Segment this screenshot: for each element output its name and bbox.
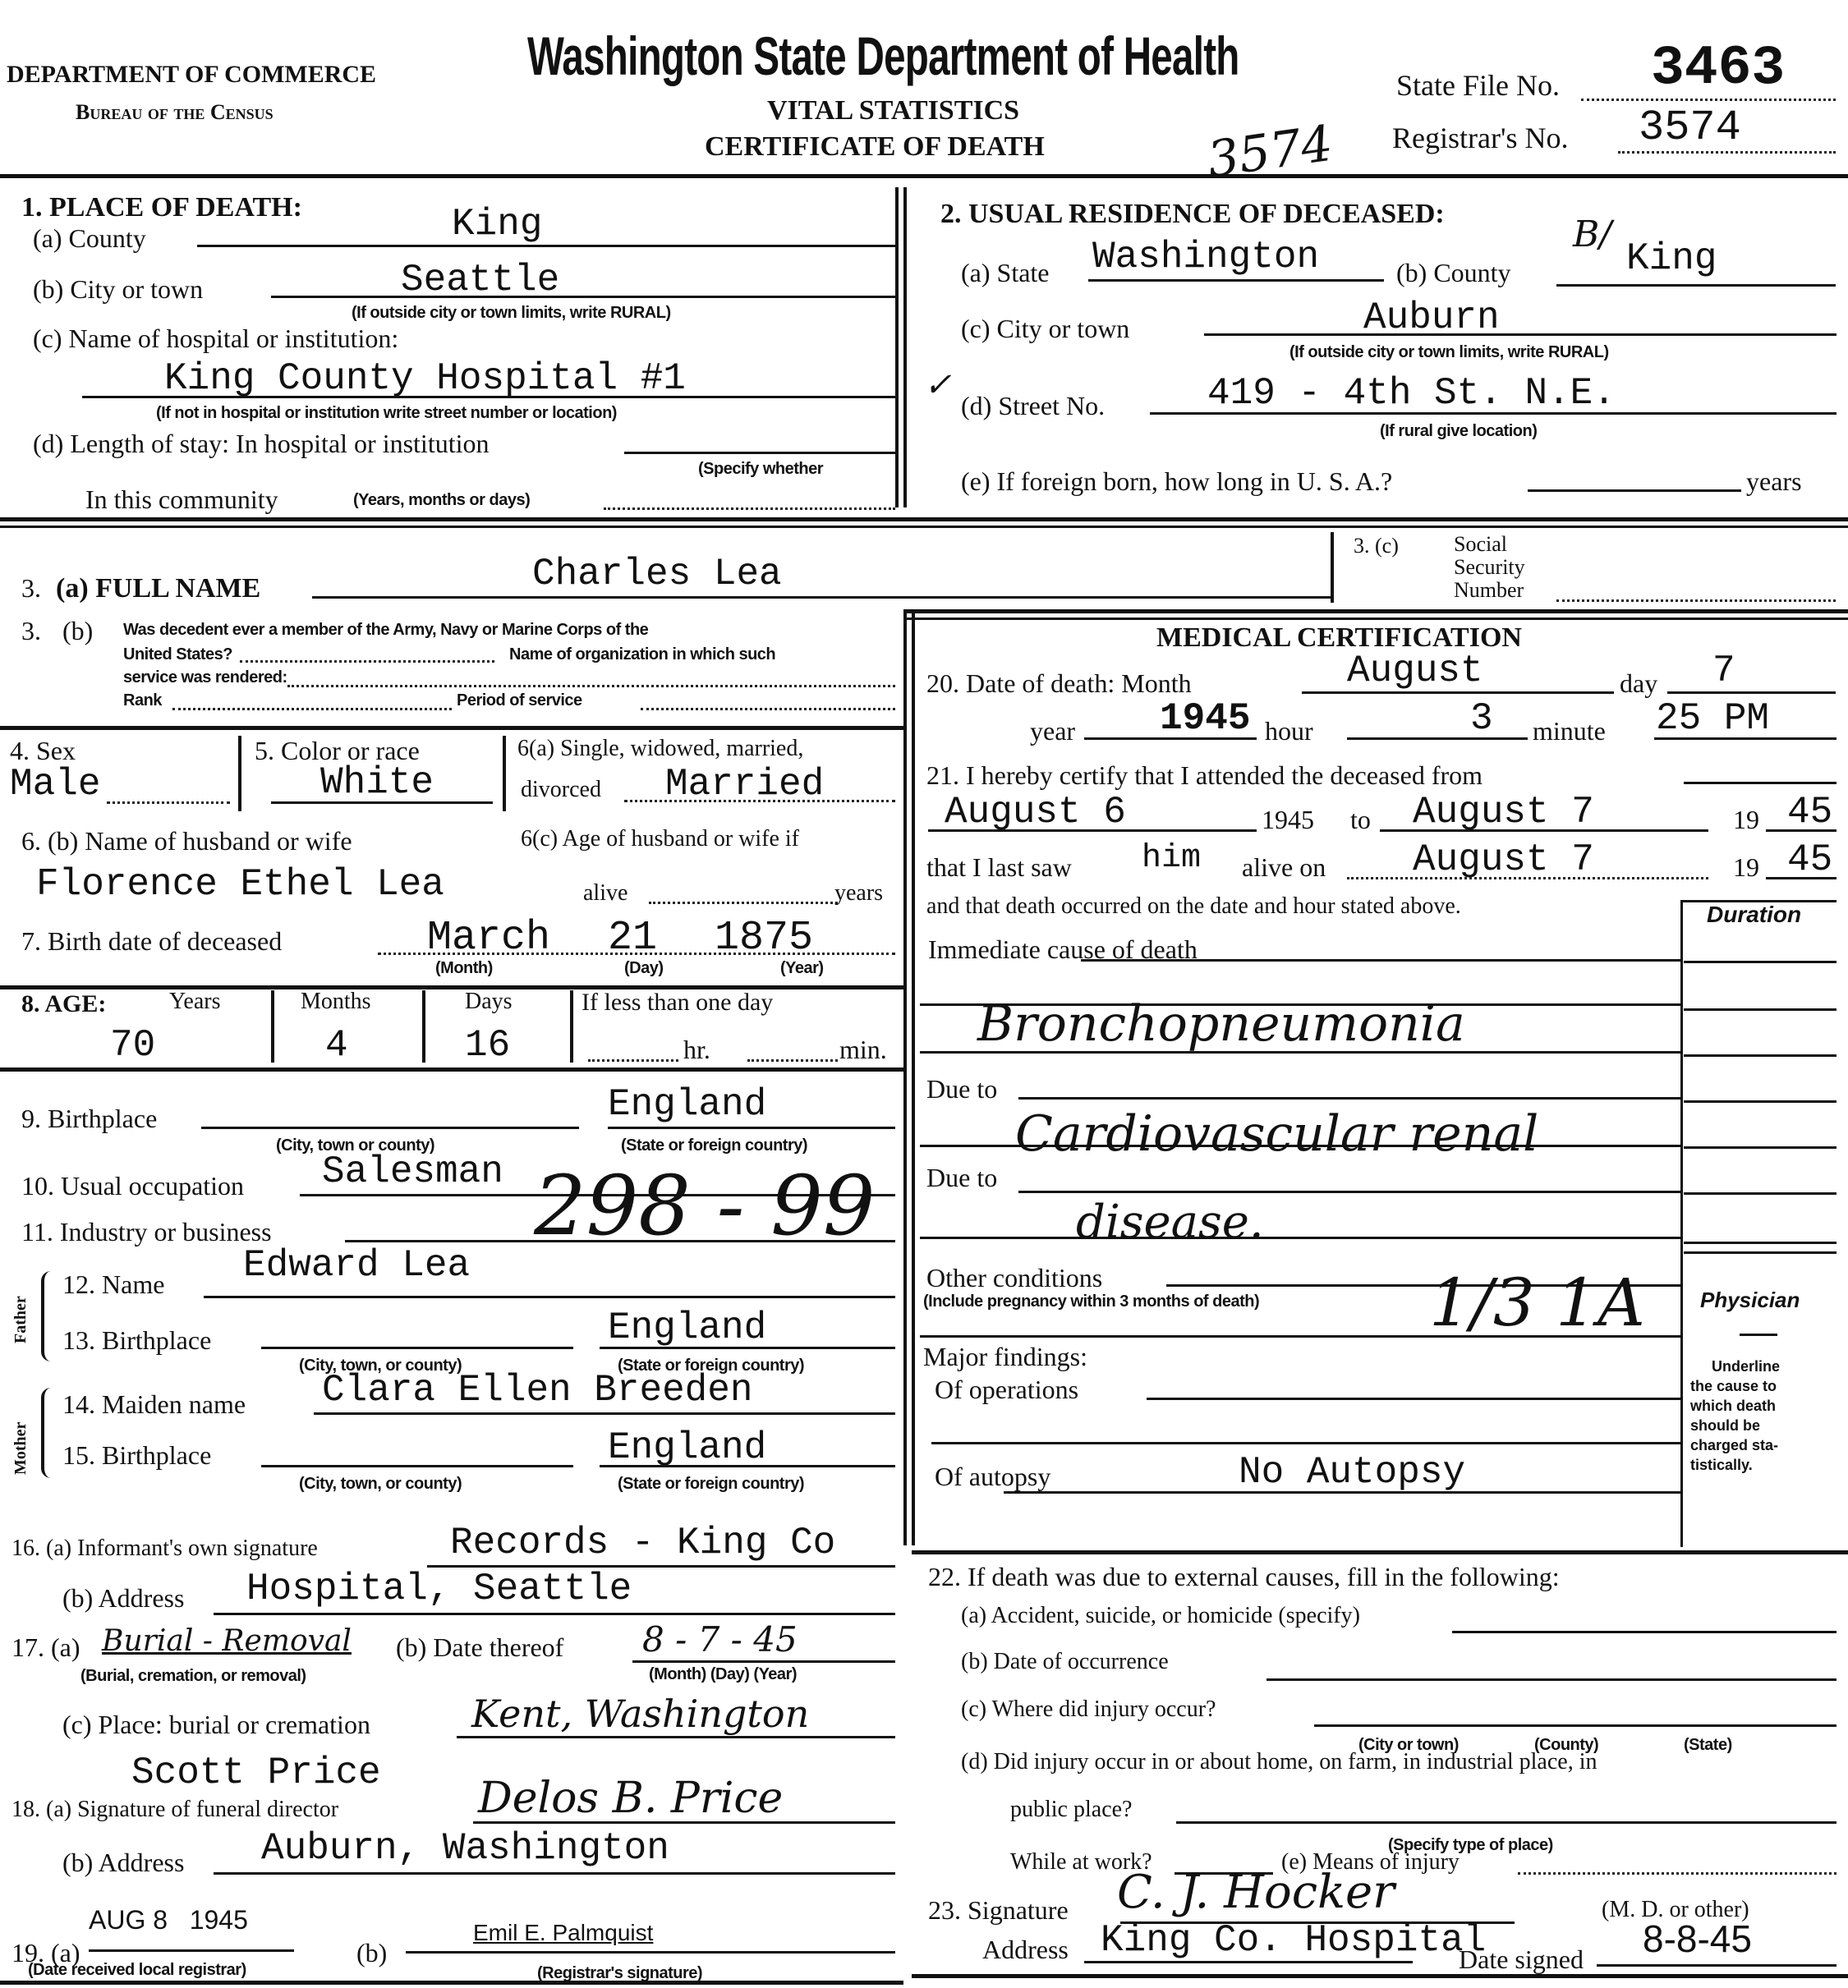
res-city-value: Auburn [1363, 299, 1500, 337]
attended-to-value: August 7 [1413, 793, 1594, 831]
underline-note-1: Underline [1712, 1358, 1780, 1375]
military-line-2b: Name of organization in which such [509, 645, 775, 664]
death-hour-value: 3 [1470, 700, 1493, 737]
age-months-label: Months [301, 990, 371, 1013]
vital-statistics: VITAL STATISTICS [767, 95, 1019, 126]
birth-month: March [427, 918, 550, 959]
external-d-label-1: (d) Did injury occur in or about home, o… [961, 1751, 1597, 1774]
due-to-label-2: Due to [926, 1164, 997, 1191]
military-line-3: service was rendered: [123, 668, 287, 687]
birth-year: 1875 [715, 918, 813, 959]
other-conditions-label: Other conditions [926, 1265, 1102, 1291]
external-b-label: (b) Date of occurrence [961, 1651, 1169, 1674]
mother-city-note: (City, town, or county) [299, 1475, 462, 1494]
ssn-label-3: Number [1454, 580, 1524, 601]
father-bp-label: 13. Birthplace [62, 1327, 211, 1353]
military-line-2a: United States? [123, 645, 232, 664]
mother-name-label: 14. Maiden name [62, 1391, 246, 1417]
hospital-note: (If not in hospital or institution write… [156, 404, 617, 423]
rural-note: (If outside city or town limits, write R… [352, 304, 671, 323]
death-month-value: August [1347, 652, 1483, 690]
mother-bp-value: England [608, 1429, 766, 1467]
date-received-note: (Date received local registrar) [28, 1961, 246, 1980]
marital-label-1: 6(a) Single, widowed, married, [517, 737, 803, 760]
dept-commerce: DEPARTMENT OF COMMERCE [7, 61, 376, 89]
rank-label: Rank [123, 691, 162, 710]
burial-method-note: (Burial, cremation, or removal) [80, 1667, 306, 1686]
age-days-label: Days [465, 990, 513, 1013]
occupation-value: Salesman [322, 1153, 503, 1191]
death-hour-label: hour [1265, 718, 1313, 744]
signature-address-label: Address [982, 1936, 1069, 1963]
burial-date-note: (Month) (Day) (Year) [649, 1665, 797, 1684]
period-label: Period of service [457, 691, 582, 710]
death-minute-label: minute [1533, 718, 1606, 744]
marital-label-2: divorced [521, 778, 601, 801]
certify-label: 21. I hereby certify that I attended the… [926, 762, 1483, 788]
death-day-value: 7 [1712, 652, 1735, 690]
spouse-alive-label: alive [583, 882, 627, 905]
foreign-born-label: (e) If foreign born, how long in U. S. A… [961, 468, 1392, 494]
last-saw-pronoun: him [1142, 842, 1201, 875]
occupation-label: 10. Usual occupation [21, 1173, 244, 1199]
certificate-of-death: CERTIFICATE OF DEATH [705, 131, 1045, 163]
res-street-value: 419 - 4th St. N.E. [1207, 374, 1616, 412]
major-findings-label: Major findings: [923, 1343, 1087, 1370]
death-year-label: year [1030, 718, 1075, 744]
form-title: Washington State Department of Health [527, 25, 1239, 87]
res-street-label: (d) Street No. [961, 393, 1105, 419]
res-rural-note: (If outside city or town limits, write R… [1289, 343, 1609, 362]
alive-on-label: alive on [1242, 854, 1326, 880]
father-tag: Father [11, 1296, 30, 1343]
spouse-value: Florence Ethel Lea [36, 865, 444, 903]
external-c-label: (c) Where did injury occur? [961, 1698, 1216, 1721]
other-conditions-note: (Include pregnancy within 3 months of de… [923, 1292, 1259, 1311]
ssn-label-2: Security [1454, 557, 1525, 578]
age-min-label: min. [839, 1036, 887, 1063]
military-num: 3. [21, 618, 41, 644]
ssn-num: 3. (c) [1354, 535, 1399, 557]
immediate-cause-value: Bronchopneumonia [977, 995, 1465, 1053]
date-signed-value: 8-8-45 [1643, 1920, 1752, 1958]
physician-signature: C. J. Hocker [1117, 1866, 1395, 1919]
attended-from-value: August 6 [945, 793, 1126, 831]
death-year-value: 1945 [1160, 700, 1250, 737]
funeral-signature: Delos B. Price [478, 1774, 783, 1823]
other-conditions-mark: 1/3 1A [1429, 1265, 1645, 1341]
res-state-label: (a) State [961, 259, 1050, 286]
burial-place-value: Kent, Washington [471, 1692, 809, 1736]
mother-tag: Mother [11, 1422, 30, 1475]
funeral-addr-label: (b) Address [62, 1849, 184, 1876]
external-heading: 22. If death was due to external causes,… [928, 1563, 1560, 1590]
death-date-label: 20. Date of death: Month [926, 670, 1192, 696]
street-note: (If rural give location) [1380, 422, 1537, 441]
industry-label: 11. Industry or business [21, 1219, 272, 1245]
date-signed-label: Date signed [1459, 1946, 1584, 1972]
birth-year-note: (Year) [780, 959, 824, 978]
burial-date-label: (b) Date thereof [396, 1634, 563, 1660]
race-value: White [320, 764, 434, 801]
res-state-value: Washington [1092, 238, 1319, 276]
operations-label: Of operations [935, 1376, 1078, 1403]
underline-note-6: tistically. [1690, 1457, 1753, 1474]
signature-address: King Co. Hospital [1101, 1921, 1486, 1959]
registrar-number: 3574 [1639, 107, 1741, 149]
full-name-value: Charles Lea [532, 555, 782, 593]
spouse-label: 6. (b) Name of husband or wife [21, 828, 352, 854]
military-b: (b) [62, 618, 93, 644]
sex-value: Male [10, 765, 100, 803]
hospital-value: King County Hospital #1 [164, 360, 686, 397]
external-a-label: (a) Accident, suicide, or homicide (spec… [961, 1605, 1360, 1628]
informant-addr-label: (b) Address [62, 1585, 184, 1611]
last-saw-date: August 7 [1413, 841, 1594, 879]
informant-address: Hospital, Seattle [246, 1570, 632, 1608]
res-county-mark: B/ [1573, 213, 1611, 255]
res-city-label: (c) City or town [961, 315, 1129, 342]
race-label: 5. Color or race [255, 737, 420, 764]
marital-value: Married [665, 765, 824, 803]
ssn-label-1: Social [1454, 534, 1507, 555]
burial-place-label: (c) Place: burial or cremation [62, 1711, 370, 1738]
underline-note-5: charged sta- [1690, 1437, 1778, 1454]
last-saw-label: that I last saw [926, 854, 1072, 880]
birthplace-country: England [608, 1086, 766, 1123]
burial-date-value: 8 - 7 - 45 [642, 1619, 798, 1660]
registrar-b-label: (b) [356, 1940, 387, 1966]
external-c-note-state: (State) [1684, 1736, 1732, 1755]
funeral-sig-label: 18. (a) Signature of funeral director [11, 1798, 338, 1821]
hospital-label: (c) Name of hospital or institution: [33, 325, 398, 351]
underline-note-2: the cause to [1690, 1378, 1777, 1395]
underline-note-3: which death [1690, 1398, 1776, 1415]
informant-signature: Records - King Co [450, 1524, 835, 1562]
specify-whether-note: (Specify whether [698, 460, 823, 479]
sex-label: 4. Sex [10, 737, 76, 764]
death-county-label: (a) County [33, 225, 146, 251]
duration-label: Duration [1707, 903, 1801, 926]
father-name-value: Edward Lea [243, 1247, 470, 1284]
attended-from-year: 1945 [1262, 806, 1314, 833]
burial-method-label: 17. (a) [11, 1634, 80, 1660]
death-city-label: (b) City or town [33, 276, 203, 302]
res-county-value: King [1626, 240, 1717, 278]
spouse-age-label: 6(c) Age of husband or wife if [521, 828, 799, 851]
birth-day-note: (Day) [624, 959, 664, 978]
name-num: 3. [21, 575, 41, 601]
registrar-label: Registrar's No. [1392, 123, 1568, 153]
death-city-value: Seattle [401, 261, 559, 299]
burial-method-value: Burial - Removal [102, 1624, 352, 1658]
mother-bp-label: 15. Birthplace [62, 1442, 211, 1468]
birthplace-country-note: (State or foreign country) [621, 1136, 807, 1155]
birth-day: 21 [608, 918, 657, 959]
military-line-1: Was decedent ever a member of the Army, … [123, 621, 648, 640]
birth-month-note: (Month) [435, 959, 493, 978]
last-saw-year: 45 [1787, 841, 1832, 879]
date-received-stamp: AUG 8 1945 [89, 1907, 248, 1933]
age-hr-label: hr. [683, 1036, 710, 1063]
age-label: 8. AGE: [21, 990, 106, 1018]
age-years-label: Years [169, 990, 221, 1013]
birth-date-label: 7. Birth date of deceased [21, 928, 282, 954]
last-saw-year-prefix: 19 [1733, 854, 1759, 880]
underline-note-4: should be [1690, 1417, 1760, 1435]
mother-name-value: Clara Ellen Breeden [322, 1371, 753, 1409]
checkmark-icon: ✓ [924, 366, 952, 404]
physician-label: Physician [1700, 1289, 1800, 1311]
residence-heading: 2. USUAL RESIDENCE OF DECEASED: [940, 199, 1445, 230]
state-file-number: 3463 [1651, 41, 1785, 97]
death-day-label: day [1620, 670, 1657, 696]
due-to-value-1: Cardiovascular renal [1015, 1105, 1538, 1163]
state-file-label: State File No. [1396, 71, 1560, 100]
signature-label: 23. Signature [928, 1897, 1069, 1923]
autopsy-label: Of autopsy [935, 1463, 1050, 1490]
stated-label: and that death occurred on the date and … [926, 895, 1461, 918]
age-months-value: 4 [325, 1026, 348, 1064]
due-to-value-2: disease. [1076, 1196, 1264, 1249]
community-label: In this community [85, 486, 278, 512]
foreign-years-label: years [1746, 468, 1802, 494]
father-name-label: 12. Name [62, 1271, 164, 1297]
father-bp-value: England [608, 1309, 766, 1347]
informant-sig-label: 16. (a) Informant's own signature [11, 1537, 318, 1560]
stay-label: (d) Length of stay: In hospital or insti… [33, 430, 489, 457]
res-county-label: (b) County [1396, 259, 1511, 286]
mother-country-note: (State or foreign country) [618, 1475, 804, 1494]
death-minute-value: 25 PM [1656, 700, 1769, 737]
birthplace-label: 9. Birthplace [21, 1105, 157, 1132]
autopsy-value: No Autopsy [1239, 1453, 1465, 1491]
external-d-label-2: public place? [1010, 1798, 1132, 1821]
funeral-typed-name: Scott Price [131, 1754, 381, 1792]
full-name-label: (a) FULL NAME [56, 573, 260, 604]
funeral-address: Auburn, Washington [261, 1830, 669, 1867]
bureau-census: Bureau of the Census [76, 102, 274, 123]
age-days-value: 16 [465, 1026, 510, 1064]
place-of-death-heading: 1. PLACE OF DEATH: [21, 192, 302, 223]
attended-to-label: to [1350, 806, 1371, 833]
death-county-value: King [452, 205, 542, 243]
due-to-label-1: Due to [926, 1076, 997, 1102]
age-years-value: 70 [110, 1026, 155, 1064]
registrar-signature: Emil E. Palmquist [473, 1921, 653, 1944]
community-note: (Years, months or days) [353, 491, 530, 510]
age-less-label: If less than one day [582, 990, 773, 1015]
spouse-years-label: years [834, 882, 883, 905]
attended-to-year: 45 [1787, 793, 1832, 831]
attended-to-year-prefix: 19 [1733, 806, 1759, 833]
